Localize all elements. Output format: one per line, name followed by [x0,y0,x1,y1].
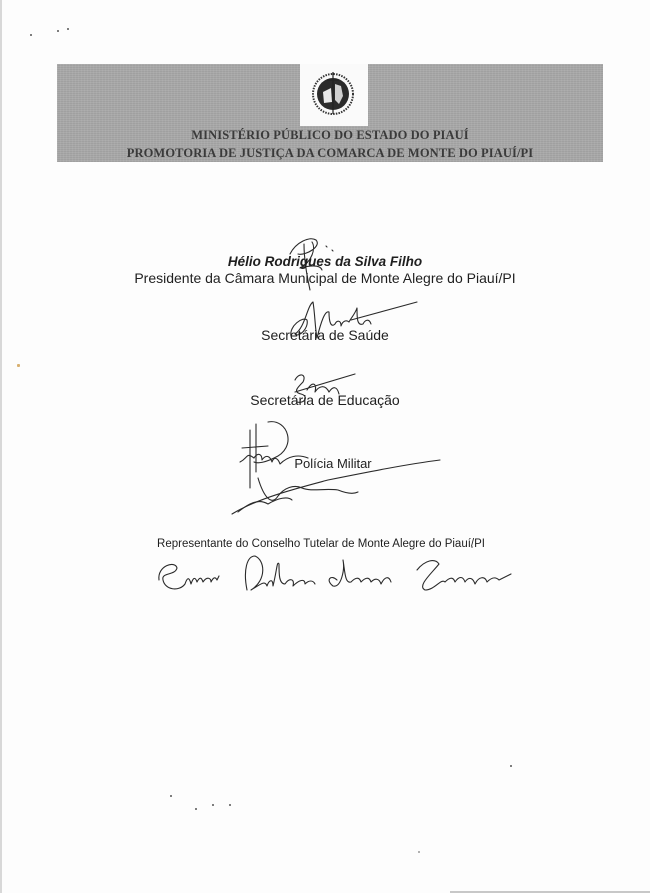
scan-speck [30,34,32,36]
scan-speck [17,364,20,367]
signatory-role-saude: Secretária de Saúde [0,327,650,343]
scan-speck [67,28,69,30]
signatory-name-helio: Hélio Rodrigues da Silva Filho [0,254,650,269]
signatory-role-policia: Polícia Militar [0,456,650,471]
scan-speck [57,30,59,32]
scan-speck [418,851,420,853]
scan-speck [195,808,197,810]
signatory-role-camara: Presidente da Câmara Municipal de Monte … [0,270,650,286]
prosecutor-office-title: PROMOTORIA DE JUSTIÇA DA COMARCA DE MONT… [57,146,603,161]
scan-speck [471,546,473,548]
coat-of-arms-emblem-icon [310,70,356,116]
scan-speck [170,795,172,797]
institution-title: MINISTÉRIO PÚBLICO DO ESTADO DO PIAUÍ [57,128,603,143]
signatory-role-educacao: Secretária de Educação [0,392,650,408]
scan-speck [510,765,512,767]
signatory-role-conselho-tutelar: Representante do Conselho Tutelar de Mon… [0,538,646,550]
handwritten-name-conselho [155,550,515,600]
scan-speck [229,804,231,806]
scan-speck [212,804,214,806]
scan-page-edge [0,0,2,893]
